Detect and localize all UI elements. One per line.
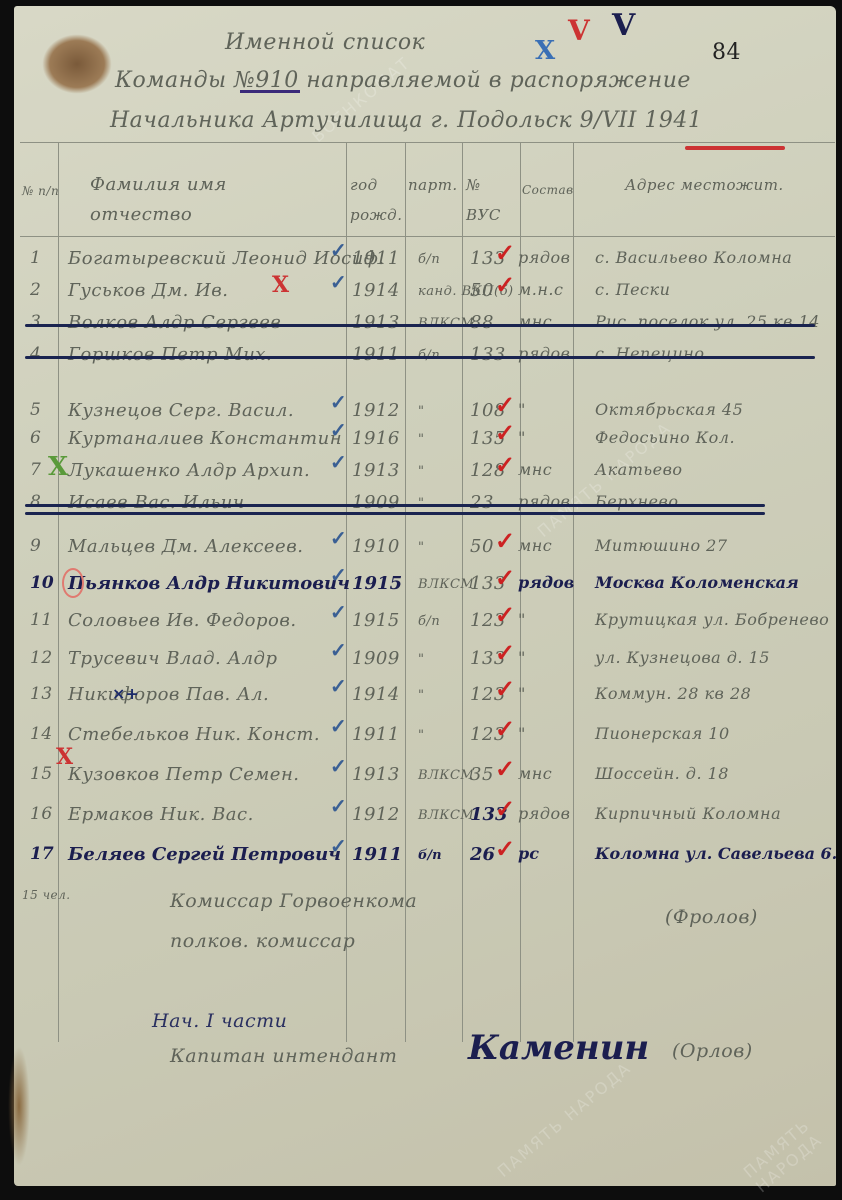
cell-composition: м.н.с [518,280,563,299]
cell-party: " [418,688,424,703]
cell-vus: 26 [470,844,495,865]
header-party: парт. [408,170,458,200]
cell-party: ВЛКСМ [418,808,474,823]
title-line-1: Именной список [225,30,425,55]
strikethrough-line [25,512,765,515]
red-check-icon: ✓ [495,754,515,783]
cell-year: 1915 [352,610,400,631]
cell-party: б/п [418,848,442,863]
cell-year: 1916 [352,428,400,449]
cell-party: ВЛКСМ [418,577,474,592]
cell-address: с. Васильево Коломна [595,248,792,267]
cell-year: 1913 [352,764,400,785]
blue-check-icon: ✓ [330,418,347,442]
cell-num: 12 [30,648,53,668]
cell-address: Крутицкая ул. Бобренево [595,610,829,629]
cell-year: 1913 [352,460,400,481]
cell-num: 9 [30,536,41,556]
chief-title: Нач. I части [152,1010,287,1032]
blue-check-icon: ✓ [330,674,347,698]
cell-composition: мнс [518,460,552,479]
count-note: 15 чел. [22,888,71,902]
cell-vus: 88 [470,312,494,333]
blue-check-icon: ✓ [330,390,347,414]
cell-composition: рядов [518,492,570,511]
cell-composition: " [518,648,526,667]
blue-check-icon: ✓ [330,270,347,294]
chief-signature: Каменин [468,1028,649,1068]
cell-party: " [418,728,424,743]
header-vus: № ВУС [466,170,516,230]
table-row: 12Трусевич Влад. Алдр1909"133"ул. Кузнец… [0,640,842,680]
cell-year: 1911 [352,248,400,269]
paper-stain [42,34,112,94]
cell-composition: " [518,724,526,743]
paper-stain [8,1046,30,1166]
table-row: 11Соловьев Ив. Федоров.1915б/п123"Крутиц… [0,602,842,642]
strikethrough-line [25,356,815,359]
cell-num: 16 [30,804,53,824]
table-row: 16Ермаков Ник. Вас.1912ВЛКСМ133рядовКирп… [0,796,842,836]
cell-year: 1909 [352,492,400,513]
red-underline [685,146,785,150]
cell-num: 4 [30,344,41,364]
cell-year: 1909 [352,648,400,669]
cell-composition: " [518,428,526,447]
red-check-icon: ✓ [495,563,515,592]
red-check-icon: ✓ [495,450,515,479]
cell-name: Кузовков Петр Семен. [68,764,300,785]
cell-composition: мнс [518,312,552,331]
title-line-2: Команды №910 направляемой в распоряжение [115,68,691,93]
cell-address: с. Пески [595,280,670,299]
cell-address: с. Непецино [595,344,704,363]
blue-check-icon: ✓ [330,754,347,778]
cell-name: Кузнецов Серг. Васил. [68,400,294,421]
cell-year: 1913 [352,312,400,333]
red-check-icon: ✓ [495,526,515,555]
commissar-name: (Фролов) [665,906,758,928]
commissar-title: Комиссар Горвоенкома [170,890,417,912]
red-check-icon: ✓ [495,270,515,299]
blue-check-icon: ✓ [330,526,347,550]
table-row: 10Пьянков Алдр Никитович1915ВЛКСМ133рядо… [0,565,842,605]
page-number: 84 [712,40,741,65]
cell-party: б/п [418,614,440,629]
header-num: № п/п [22,176,59,206]
table-top-rule [20,142,835,143]
red-check-icon: ✓ [495,714,515,743]
cell-num: 15 [30,764,53,784]
cell-num: 11 [30,610,53,630]
blue-check-icon: ✓ [330,450,347,474]
cell-year: 1914 [352,280,400,301]
cell-vus: 50 [470,536,494,557]
blue-check-icon: ✓ [330,834,347,858]
red-check-icon: ✓ [495,390,515,419]
cell-address: Москва Коломенская [595,573,799,592]
cell-name: Горшков Петр Мих. [68,344,272,365]
cell-vus: 50 [470,280,494,301]
red-check-icon: ✓ [495,674,515,703]
cell-address: Коммун. 28 кв 28 [595,684,751,703]
header-year: год рожд. [350,170,400,230]
cell-composition: рядов [518,804,570,823]
cell-address: Акатьево [595,460,683,479]
cell-name: Лукашенко Алдр Архип. [68,460,310,481]
ink-x-mark: ×+ [112,684,139,703]
red-x-mark: X [56,744,73,770]
cell-name: Трусевич Влад. Алдр [68,648,278,669]
blue-x-mark: X [535,36,555,66]
red-check-icon: ✓ [495,834,515,863]
chief-name: (Орлов) [672,1040,753,1062]
cell-composition: рядов [518,573,574,592]
cell-name: Никифоров Пав. Ал. [68,684,269,705]
cell-num: 8 [30,492,41,512]
cell-vus: 23 [470,492,494,513]
cell-name: Беляев Сергей Петрович [68,844,341,865]
cell-name: Мальцев Дм. Алексеев. [68,536,303,557]
blue-check-icon: ✓ [330,238,347,262]
cell-composition: мнс [518,536,552,555]
cell-party: " [418,464,424,479]
cell-name: Пьянков Алдр Никитович [68,573,350,594]
table-row: 14Стебельков Ник. Конст.1911"123"Пионерс… [0,716,842,756]
cell-address: Шоссейн. д. 18 [595,764,729,783]
chief-rank: Капитан интендант [170,1045,397,1067]
table-row: 17Беляев Сергей Петрович1911б/п26рсКолом… [0,836,842,876]
cell-address: Федосьино Кол. [595,428,735,447]
cell-address: Митюшино 27 [595,536,728,555]
cell-num: 3 [30,312,41,332]
cell-party: ВЛКСМ [418,768,474,783]
cell-address: Коломна ул. Савельева 6. [595,844,837,863]
cell-composition: " [518,684,526,703]
cell-name: Стебельков Ник. Конст. [68,724,320,745]
cell-num: 13 [30,684,53,704]
cell-name: Ермаков Ник. Вас. [68,804,254,825]
cell-num: 7 [30,460,41,480]
cell-num: 2 [30,280,41,300]
cell-address: Рис. поселок ул. 25 кв 14 [595,312,820,331]
cell-num: 17 [30,844,54,864]
cell-num: 1 [30,248,41,268]
cell-address: Октябрьская 45 [595,400,743,419]
header-bottom-rule [20,236,835,237]
cell-year: 1912 [352,400,400,421]
cell-composition: рядов [518,344,570,363]
red-check-icon: ✓ [495,238,515,267]
header-composition: Состав [522,175,574,205]
header-name: Фамилия имя отчество [90,170,290,230]
cell-address: Кирпичный Коломна [595,804,781,823]
cell-year: 1910 [352,536,400,557]
cell-composition: мнс [518,764,552,783]
red-check-icon: ✓ [495,638,515,667]
cell-num: 14 [30,724,53,744]
red-check-icon: ✓ [495,418,515,447]
cell-name: Соловьев Ив. Федоров. [68,610,297,631]
blue-check-icon: ✓ [330,714,347,738]
cell-composition: " [518,400,526,419]
blue-check-icon: ✓ [330,563,347,587]
blue-check-icon: ✓ [330,794,347,818]
blue-check-icon: ✓ [330,600,347,624]
cell-party: б/п [418,252,440,267]
table-row: 4Горшков Петр Мих.1911б/п133рядовс. Непе… [0,336,842,376]
cell-party: " [418,540,424,555]
cell-party: " [418,404,424,419]
ink-check-mark: V [612,8,635,43]
header-address: Адрес местожит. [625,170,784,200]
strikethrough-line [25,324,815,327]
team-number-underline [240,90,300,93]
red-check-mark: V [568,14,590,47]
cell-num: 5 [30,400,41,420]
strikethrough-line [25,504,765,507]
cell-num: 10 [30,573,54,593]
cell-composition: " [518,610,526,629]
cell-year: 1911 [352,844,402,865]
cell-name: Исаев Вас. Ильич [68,492,245,513]
cell-year: 1915 [352,573,402,594]
table-row: 8Исаев Вас. Ильич1909"23рядовБерхнево [0,484,842,524]
cell-num: 6 [30,428,41,448]
red-circle-mark [62,568,84,598]
cell-name: Гуськов Дм. Ив. [68,280,228,301]
cell-composition: рс [518,844,539,863]
cell-year: 1911 [352,724,400,745]
commissar-rank: полков. комиссар [170,930,355,952]
cell-address: Пионерская 10 [595,724,730,743]
cell-vus: 35 [470,764,494,785]
red-check-icon: ✓ [495,794,515,823]
cell-composition: рядов [518,248,570,267]
cell-vus: 133 [470,344,506,365]
cell-party: " [418,652,424,667]
green-x-mark: X [48,452,68,482]
blue-check-icon: ✓ [330,638,347,662]
cell-year: 1912 [352,804,400,825]
red-check-icon: ✓ [495,600,515,629]
cell-party: " [418,432,424,447]
cell-address: Берхнево [595,492,678,511]
table-row: 15Кузовков Петр Семен.1913ВЛКСМ35мнсШосс… [0,756,842,796]
title-line-3: Начальника Артучилища г. Подольск 9/VII … [110,108,702,133]
cell-year: 1914 [352,684,400,705]
cell-name: Волков Алдр Сергеев [68,312,281,333]
red-x-mark: X [272,272,289,298]
table-row: 9Мальцев Дм. Алексеев.1910"50мнсМитюшино… [0,528,842,568]
cell-year: 1911 [352,344,400,365]
cell-name: Куртаналиев Константин [68,428,342,449]
cell-address: ул. Кузнецова д. 15 [595,648,770,667]
